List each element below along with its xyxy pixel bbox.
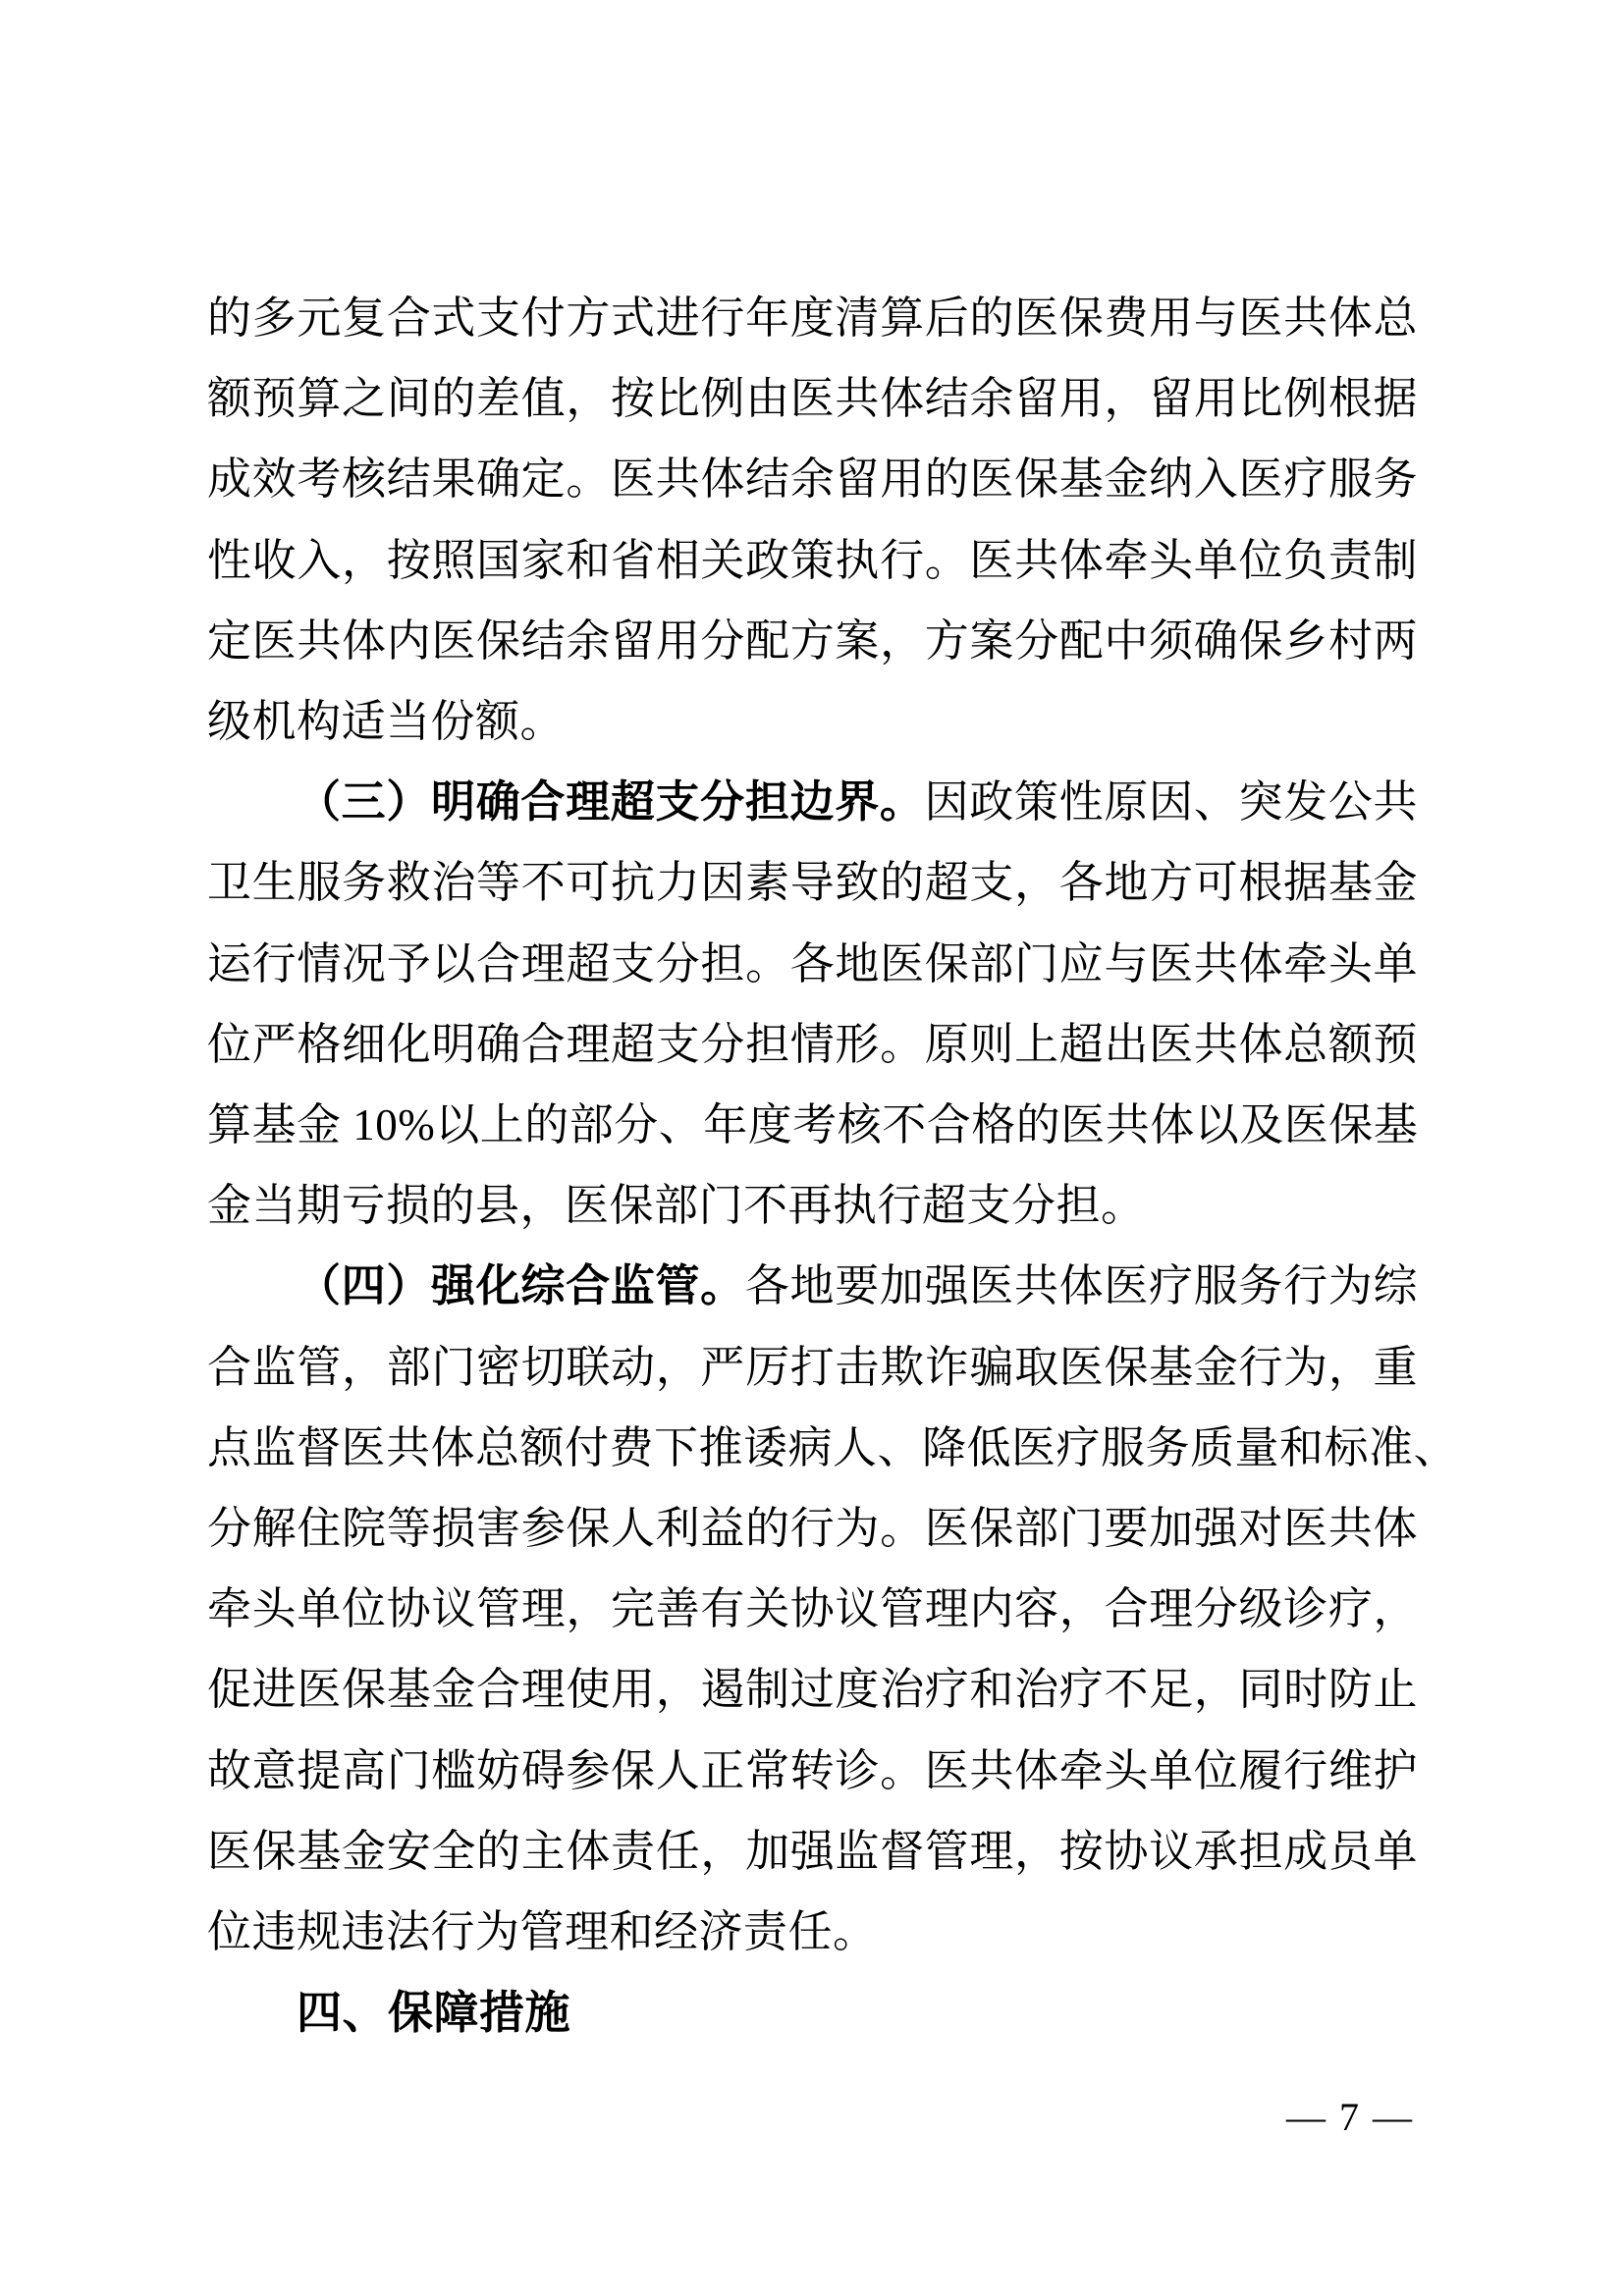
body-text: 各地要加强医共体医疗服务行为综 bbox=[745, 1261, 1418, 1310]
body-line: 卫生服务救治等不可抗力因素导致的超支，各地方可根据基金 bbox=[207, 842, 1418, 923]
text-block: 的多元复合式支付方式进行年度清算后的医保费用与医共体总 额预算之间的差值，按比例… bbox=[207, 278, 1418, 2053]
body-line: 促进医保基金合理使用，遏制过度治疗和治疗不足，同时防止 bbox=[207, 1649, 1418, 1730]
body-line: 故意提高门槛妨碍参保人正常转诊。医共体牵头单位履行维护 bbox=[207, 1731, 1418, 1811]
body-line: （四）强化综合监管。各地要加强医共体医疗服务行为综 bbox=[207, 1246, 1418, 1326]
body-line: 位违规违法行为管理和经济责任。 bbox=[207, 1892, 1418, 1972]
section-4-lead: （四）强化综合监管。 bbox=[297, 1261, 745, 1310]
page-number: — 7 — bbox=[1286, 2094, 1414, 2140]
body-text: 因政策性原因、突发公共 bbox=[925, 777, 1418, 827]
body-line: （三）明确合理超支分担边界。因政策性原因、突发公共 bbox=[207, 762, 1418, 842]
body-line: 医保基金安全的主体责任，加强监督管理，按协议承担成员单 bbox=[207, 1811, 1418, 1892]
body-line: 的多元复合式支付方式进行年度清算后的医保费用与医共体总 bbox=[207, 278, 1418, 358]
body-line: 性收入，按照国家和省相关政策执行。医共体牵头单位负责制 bbox=[207, 520, 1418, 601]
body-line: 牵头单位协议管理，完善有关协议管理内容，合理分级诊疗， bbox=[207, 1569, 1418, 1649]
body-line: 额预算之间的差值，按比例由医共体结余留用，留用比例根据 bbox=[207, 358, 1418, 439]
body-line: 成效考核结果确定。医共体结余留用的医保基金纳入医疗服务 bbox=[207, 439, 1418, 519]
body-line: 运行情况予以合理超支分担。各地医保部门应与医共体牵头单 bbox=[207, 924, 1418, 1004]
section-3-lead: （三）明确合理超支分担边界。 bbox=[297, 777, 925, 827]
body-line: 分解住院等损害参保人利益的行为。医保部门要加强对医共体 bbox=[207, 1488, 1418, 1569]
body-line: 点监督医共体总额付费下推诿病人、降低医疗服务质量和标准、 bbox=[207, 1408, 1418, 1488]
section-heading: 四、保障措施 bbox=[207, 1972, 1418, 2053]
document-page: 的多元复合式支付方式进行年度清算后的医保费用与医共体总 额预算之间的差值，按比例… bbox=[0, 0, 1624, 2296]
body-line: 算基金 10%以上的部分、年度考核不合格的医共体以及医保基 bbox=[207, 1085, 1418, 1165]
body-line: 定医共体内医保结余留用分配方案，方案分配中须确保乡村两 bbox=[207, 601, 1418, 681]
body-line: 合监管，部门密切联动，严厉打击欺诈骗取医保基金行为，重 bbox=[207, 1327, 1418, 1408]
body-line: 位严格细化明确合理超支分担情形。原则上超出医共体总额预 bbox=[207, 1004, 1418, 1085]
body-line: 级机构适当份额。 bbox=[207, 681, 1418, 762]
body-line: 金当期亏损的县，医保部门不再执行超支分担。 bbox=[207, 1165, 1418, 1246]
